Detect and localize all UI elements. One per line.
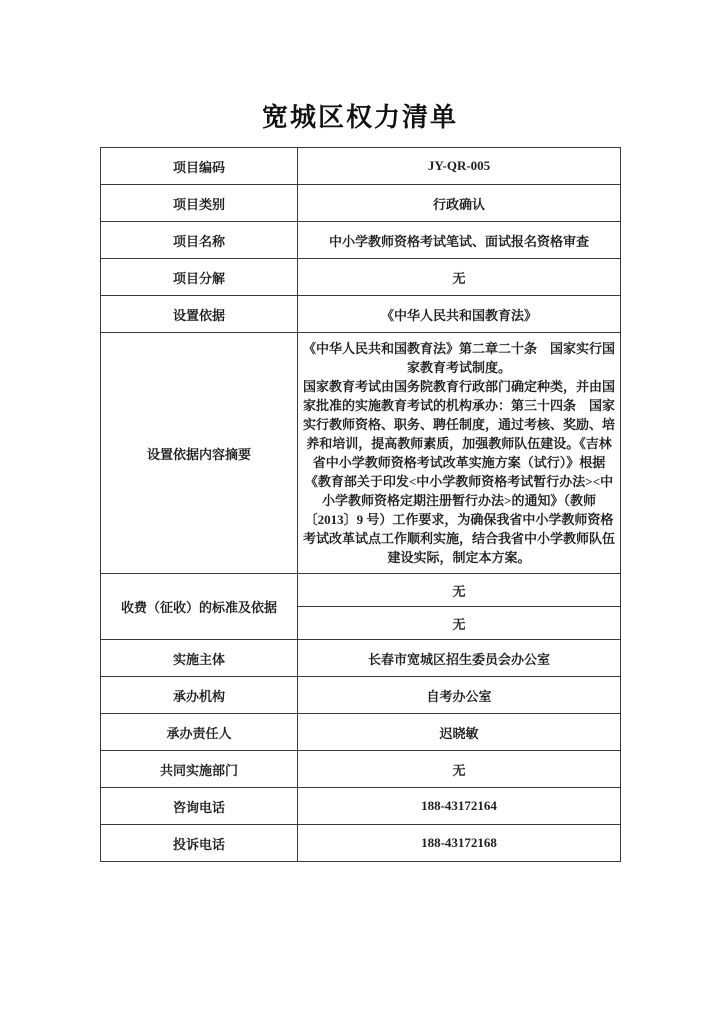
row-label: 设置依据内容摘要 bbox=[101, 333, 298, 574]
document-page: 宽城区权力清单 项目编码 JY-QR-005 项目类别 行政确认 项目名称 中小… bbox=[0, 0, 720, 1018]
row-value: 188-43172168 bbox=[298, 825, 621, 862]
row-label: 项目名称 bbox=[101, 222, 298, 259]
row-label: 实施主体 bbox=[101, 640, 298, 677]
row-label: 咨询电话 bbox=[101, 788, 298, 825]
row-label: 项目编码 bbox=[101, 148, 298, 185]
row-value: 中小学教师资格考试笔试、面试报名资格审查 bbox=[298, 222, 621, 259]
row-value: 无 bbox=[298, 751, 621, 788]
table-row-joint-departments: 共同实施部门 无 bbox=[101, 751, 621, 788]
row-value: 自考办公室 bbox=[298, 677, 621, 714]
row-value: 长春市宽城区招生委员会办公室 bbox=[298, 640, 621, 677]
row-label: 承办责任人 bbox=[101, 714, 298, 751]
row-value: 无 bbox=[298, 259, 621, 296]
table-row-inquiry-phone: 咨询电话 188-43172164 bbox=[101, 788, 621, 825]
table-row-project-category: 项目类别 行政确认 bbox=[101, 185, 621, 222]
table-row-undertaking-agency: 承办机构 自考办公室 bbox=[101, 677, 621, 714]
power-list-table: 项目编码 JY-QR-005 项目类别 行政确认 项目名称 中小学教师资格考试笔… bbox=[100, 147, 621, 862]
table-row-project-code: 项目编码 JY-QR-005 bbox=[101, 148, 621, 185]
page-title: 宽城区权力清单 bbox=[0, 97, 720, 134]
table-row-basis-summary: 设置依据内容摘要 《中华人民共和国教育法》第二章二十条 国家实行国家教育考试制度… bbox=[101, 333, 621, 574]
row-value: JY-QR-005 bbox=[298, 148, 621, 185]
summary-paragraph: 国家教育考试由国务院教育行政部门确定种类，并由国家批准的实施教育考试的机构承办：… bbox=[303, 377, 615, 567]
row-value: 无 bbox=[298, 574, 621, 607]
table-row-legal-basis: 设置依据 《中华人民共和国教育法》 bbox=[101, 296, 621, 333]
row-label: 设置依据 bbox=[101, 296, 298, 333]
row-value: 无 bbox=[298, 607, 621, 640]
row-value: 行政确认 bbox=[298, 185, 621, 222]
row-value: 《中华人民共和国教育法》 bbox=[298, 296, 621, 333]
table-row-fee-standard: 收费（征收）的标准及依据 无 bbox=[101, 574, 621, 607]
row-label: 共同实施部门 bbox=[101, 751, 298, 788]
table-row-project-name: 项目名称 中小学教师资格考试笔试、面试报名资格审查 bbox=[101, 222, 621, 259]
row-label: 项目类别 bbox=[101, 185, 298, 222]
row-value: 迟晓敏 bbox=[298, 714, 621, 751]
table-row-implementing-body: 实施主体 长春市宽城区招生委员会办公室 bbox=[101, 640, 621, 677]
row-label: 投诉电话 bbox=[101, 825, 298, 862]
row-label: 项目分解 bbox=[101, 259, 298, 296]
table-row-project-breakdown: 项目分解 无 bbox=[101, 259, 621, 296]
row-value: 188-43172164 bbox=[298, 788, 621, 825]
row-value-summary: 《中华人民共和国教育法》第二章二十条 国家实行国家教育考试制度。 国家教育考试由… bbox=[298, 333, 621, 574]
summary-paragraph: 《中华人民共和国教育法》第二章二十条 国家实行国家教育考试制度。 bbox=[303, 339, 615, 377]
table-row-complaint-phone: 投诉电话 188-43172168 bbox=[101, 825, 621, 862]
row-label: 承办机构 bbox=[101, 677, 298, 714]
row-label: 收费（征收）的标准及依据 bbox=[101, 574, 298, 640]
table-row-responsible-person: 承办责任人 迟晓敏 bbox=[101, 714, 621, 751]
